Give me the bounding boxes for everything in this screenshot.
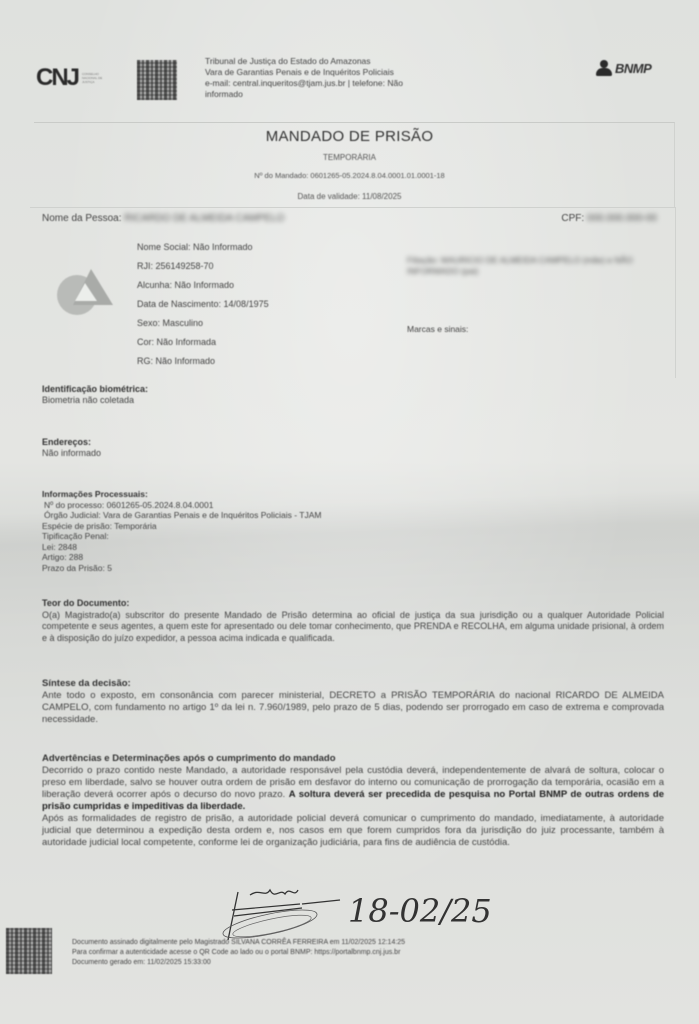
addresses-section: Endereços: Não informado xyxy=(42,437,101,459)
decision-summary-text: Ante todo o exposto, em consonância com … xyxy=(42,690,664,726)
verification-qr-code-icon xyxy=(6,928,52,974)
cnj-logo: CNJ CONSELHO NACIONAL DE JUSTIÇA xyxy=(36,64,104,92)
detail-color: Cor: Não Informada xyxy=(137,333,269,352)
biometric-text: Biometria não coletada xyxy=(42,395,148,406)
person-name-row: Nome da Pessoa: RICARDO DE ALMEIDA CAMPE… xyxy=(42,213,657,224)
detail-sex: Sexo: Masculino xyxy=(137,314,269,333)
warnings-section: Advertências e Determinações após o cump… xyxy=(42,753,664,849)
document-content-heading: Teor do Documento: xyxy=(42,598,664,610)
detail-rg: RG: Não Informado xyxy=(137,352,269,371)
handwritten-date: 18-02/25 xyxy=(348,892,492,930)
no-photo-placeholder-icon xyxy=(55,265,113,317)
court-info: Tribunal de Justiça do Estado do Amazona… xyxy=(205,56,403,100)
biometric-heading: Identificação biométrica: xyxy=(42,384,148,395)
footer: Documento assinado digitalmente pelo Mag… xyxy=(72,938,405,968)
bnmp-logo: BNMP xyxy=(596,58,651,76)
qr-code-icon xyxy=(137,60,177,100)
person-name-value: RICARDO DE ALMEIDA CAMPELO xyxy=(124,213,284,224)
decision-summary-heading: Síntese da decisão: xyxy=(42,678,664,690)
article: Artigo: 288 xyxy=(42,552,322,563)
court-line: Tribunal de Justiça do Estado do Amazona… xyxy=(205,56,403,67)
court-line: Vara de Garantias Penais e de Inquéritos… xyxy=(205,67,403,78)
document-content-text: O(a) Magistrado(a) subscritor do present… xyxy=(42,610,664,645)
penal-typification: Tipificação Penal: xyxy=(42,531,322,542)
footer-signature-line: Documento assinado digitalmente pelo Mag… xyxy=(72,938,405,948)
prison-term: Prazo da Prisão: 5 xyxy=(42,563,322,574)
cnj-logo-mark: CNJ xyxy=(36,64,78,92)
process-info-heading: Informações Processuais: xyxy=(42,489,322,500)
warnings-text-1: Decorrido o prazo contido neste Mandado,… xyxy=(42,765,664,813)
validity-date: Data de validade: 11/08/2025 xyxy=(0,192,699,201)
process-info-section: Informações Processuais: Nº do processo:… xyxy=(42,489,322,573)
person-details: Nome Social: Não Informado RJI: 25614925… xyxy=(137,238,269,371)
marks-label: Marcas e sinais: xyxy=(407,324,468,334)
document-subtitle: TEMPORÁRIA xyxy=(0,153,699,162)
detail-social-name: Nome Social: Não Informado xyxy=(137,238,269,257)
document-title: MANDADO DE PRISÃO xyxy=(0,128,699,145)
document-content-section: Teor do Documento: O(a) Magistrado(a) su… xyxy=(42,598,664,644)
footer-generated-line: Documento gerado em: 11/02/2025 15:33:00 xyxy=(72,958,405,968)
warnings-heading: Advertências e Determinações após o cump… xyxy=(42,753,664,765)
decision-summary-section: Síntese da decisão: Ante todo o exposto,… xyxy=(42,678,664,726)
cpf-label: CPF: xyxy=(561,213,584,224)
process-number: Nº do processo: 0601265-05.2024.8.04.000… xyxy=(44,500,322,511)
addresses-heading: Endereços: xyxy=(42,437,101,448)
law: Lei: 2848 xyxy=(42,542,322,553)
prison-type: Espécie de prisão: Temporária xyxy=(42,521,322,532)
person-icon xyxy=(596,58,612,76)
footer-verify-line: Para confirmar a autenticidade acesse o … xyxy=(72,948,405,958)
person-name-label: Nome da Pessoa: xyxy=(42,213,122,224)
detail-birthdate: Data de Nascimento: 14/08/1975 xyxy=(137,295,269,314)
mandado-number: Nº do Mandado: 0601265-05.2024.8.04.0001… xyxy=(0,171,699,180)
biometric-section: Identificação biométrica: Biometria não … xyxy=(42,384,148,406)
bnmp-logo-text: BNMP xyxy=(615,61,651,76)
cpf-value: 000.000.000-00 xyxy=(587,213,657,224)
judicial-body: Órgão Judicial: Vara de Garantias Penais… xyxy=(44,510,322,521)
court-line: informado xyxy=(205,89,403,100)
court-line: e-mail: central.inqueritos@tjam.jus.br |… xyxy=(205,78,403,89)
cnj-logo-subtitle: CONSELHO NACIONAL DE JUSTIÇA xyxy=(82,72,104,84)
addresses-text: Não informado xyxy=(42,448,101,459)
person-box xyxy=(30,207,676,378)
warnings-text-2: Após as formalidades de registro de pris… xyxy=(42,813,664,849)
detail-alias: Alcunha: Não Informado xyxy=(137,276,269,295)
detail-rji: RJI: 256149258-70 xyxy=(137,257,269,276)
filiation: Filiação: MAURICIO DE ALMEIDA CAMPELO (m… xyxy=(407,255,637,277)
